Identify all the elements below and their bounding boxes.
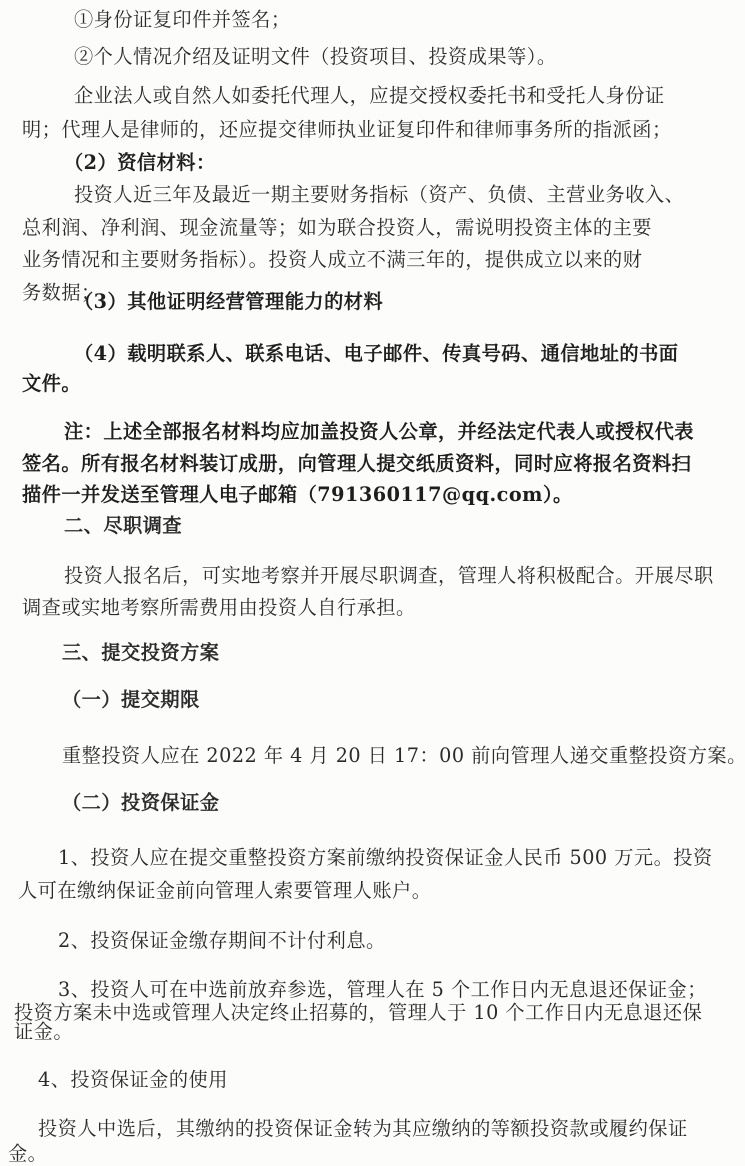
deposit-item4-line1: 投资人中选后，其缴纳的投资保证金转为其应缴纳的等额投资款或履约保证 xyxy=(38,1117,688,1141)
deposit-item1-line1: 1、投资人应在提交重整投资方案前缴纳投资保证金人民币 500 万元。投资 xyxy=(58,846,713,870)
document-page: ①身份证复印件并签名； ②个人情况介绍及证明文件（投资项目、投资成果等）。 企业… xyxy=(0,0,745,1166)
heading-credit-materials: （2）资信材料： xyxy=(64,151,216,175)
heading-contact-docs-line2: 文件。 xyxy=(22,372,81,396)
note-line2: 签名。所有报名材料装订成册，向管理人提交纸质资料，同时应将报名资料扫 xyxy=(22,452,691,476)
para-agent-line2: 明；代理人是律师的，还应提交律师执业证复印件和律师事务所的指派函； xyxy=(22,118,672,142)
deposit-item2: 2、投资保证金缴存期间不计付利息。 xyxy=(58,929,386,953)
note-line3-email: 描件一并发送至管理人电子邮箱（791360117@qq.com）。 xyxy=(22,483,573,507)
para-financial-line3: 业务情况和主要财务指标）。投资人成立不满三年的，提供成立以来的财 xyxy=(22,248,642,272)
deposit-item4-heading: 4、投资保证金的使用 xyxy=(38,1068,228,1092)
deposit-item3-line2: 投资方案未中选或管理人决定终止招募的，管理人于 10 个工作日内无息退还保 xyxy=(14,1001,702,1025)
heading-contact-docs-line1: （4）载明联系人、联系电话、电子邮件、传真号码、通信地址的书面 xyxy=(74,342,678,366)
para-due-diligence-line1: 投资人报名后，可实地考察并开展尽职调查，管理人将积极配合。开展尽职 xyxy=(64,564,714,588)
para-deadline: 重整投资人应在 2022 年 4 月 20 日 17：00 前向管理人递交重整投… xyxy=(62,744,745,768)
para-financial-line2: 总利润、净利润、现金流量等；如为联合投资人，需说明投资主体的主要 xyxy=(22,216,652,240)
deposit-item3-line3: 证金。 xyxy=(14,1020,73,1044)
para-financial-line1: 投资人近三年及最近一期主要财务指标（资产、负债、主营业务收入、 xyxy=(74,183,684,207)
item-personal-intro: ②个人情况介绍及证明文件（投资项目、投资成果等）。 xyxy=(74,45,557,69)
heading-other-materials: （3）其他证明经营管理能力的材料 xyxy=(74,290,383,314)
para-due-diligence-line2: 调查或实地考察所需费用由投资人自行承担。 xyxy=(22,596,416,620)
subsection-deadline: （一）提交期限 xyxy=(62,688,200,712)
section-submit-plan: 三、提交投资方案 xyxy=(62,641,220,665)
deposit-item3-line1: 3、投资人可在中选前放弃参选，管理人在 5 个工作日内无息退还保证金； xyxy=(58,978,707,1002)
subsection-deposit: （二）投资保证金 xyxy=(62,791,220,815)
deposit-item4-line2: 金。 xyxy=(8,1142,47,1166)
para-agent-line1: 企业法人或自然人如委托代理人，应提交授权委托书和受托人身份证 xyxy=(74,84,665,108)
item-id-copy: ①身份证复印件并签名； xyxy=(74,8,291,32)
deposit-item1-line2: 人可在缴纳保证金前向管理人索要管理人账户。 xyxy=(18,879,431,903)
note-line1: 注：上述全部报名材料均应加盖投资人公章，并经法定代表人或授权代表 xyxy=(64,420,694,444)
section-due-diligence: 二、尽职调查 xyxy=(64,514,182,538)
